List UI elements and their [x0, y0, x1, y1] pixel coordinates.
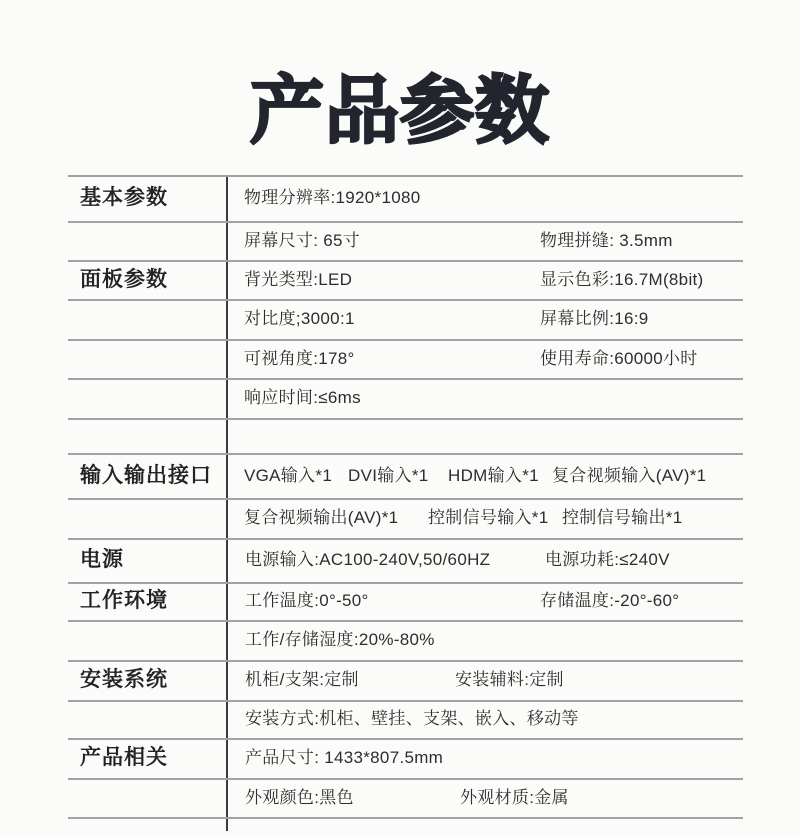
spec-item: 外观颜色:黑色 [245, 778, 354, 817]
spec-item: 控制信号输入*1 [428, 498, 548, 538]
spec-item: 复合视频输出(AV)*1 [244, 498, 398, 538]
h-divider [68, 418, 743, 420]
spec-item: 使用寿命:60000小时 [540, 339, 698, 378]
h-divider [68, 660, 743, 662]
spec-item: 电源功耗:≤240V [545, 538, 670, 582]
spec-item: 屏幕尺寸: 65寸 [244, 221, 360, 260]
spec-item: 电源输入:AC100-240V,50/60HZ [245, 538, 490, 582]
spec-item: 工作/存储湿度:20%-80% [245, 620, 435, 660]
h-divider [68, 378, 743, 380]
spec-item: 可视角度:178° [244, 339, 355, 378]
row-section-label: 产品相关 [80, 738, 168, 778]
spec-item: HDM输入*1 [448, 453, 539, 498]
spec-item: 控制信号输出*1 [562, 498, 682, 538]
spec-item: 屏幕比例:16:9 [540, 299, 649, 339]
h-divider [68, 817, 743, 819]
row-section-label: 输入输出接口 [80, 453, 212, 498]
v-divider [226, 175, 228, 831]
row-section-label: 面板参数 [80, 260, 168, 299]
row-section-label: 基本参数 [80, 175, 168, 221]
spec-item: 物理拼缝: 3.5mm [540, 221, 673, 260]
spec-item: 显示色彩:16.7M(8bit) [540, 260, 704, 299]
spec-item: 背光类型:LED [244, 260, 352, 299]
spec-item: 机柜/支架:定制 [245, 660, 359, 700]
spec-table: 基本参数物理分辨率:1920*1080屏幕尺寸: 65寸物理拼缝: 3.5mm面… [68, 175, 743, 839]
page-title: 产品参数 [0, 52, 800, 158]
spec-item: 工作温度:0°-50° [245, 582, 369, 620]
spec-item: DVI输入*1 [348, 453, 429, 498]
row-section-label: 工作环境 [80, 582, 168, 620]
spec-item: 存储温度:-20°-60° [540, 582, 679, 620]
h-divider [68, 778, 743, 780]
spec-item: 外观材质:金属 [460, 778, 569, 817]
spec-item: 产品尺寸: 1433*807.5mm [245, 738, 443, 778]
spec-item: 物理分辨率:1920*1080 [244, 175, 420, 221]
spec-item: 响应时间:≤6ms [244, 378, 361, 418]
row-section-label: 电源 [80, 538, 124, 582]
spec-item: 安装辅料:定制 [455, 660, 564, 700]
spec-item: 复合视频输入(AV)*1 [552, 453, 706, 498]
spec-item: VGA输入*1 [244, 453, 332, 498]
spec-item: 安装方式:机柜、壁挂、支架、嵌入、移动等 [245, 700, 579, 738]
row-section-label: 安装系统 [80, 660, 168, 700]
spec-item: 对比度;3000:1 [244, 299, 355, 339]
